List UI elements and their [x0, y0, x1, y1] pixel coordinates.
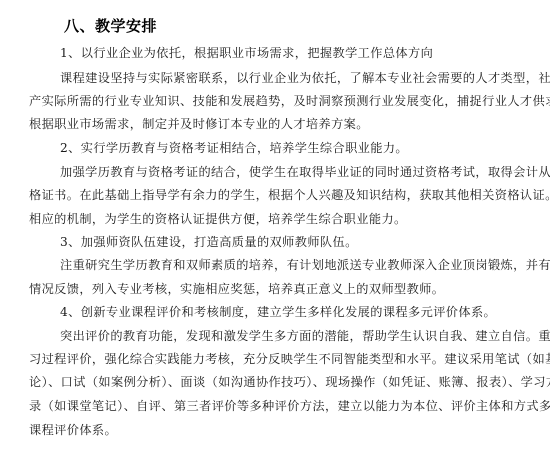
paragraph-line: 情况反馈，列入专业考核，实施相应奖惩，培养真正意义上的双师型教师。 — [29, 281, 521, 297]
paragraph-line: 论）、口试（如案例分析）、面谈（如沟通协作技巧）、现场操作（如凭证、账簿、报表）… — [29, 374, 521, 390]
subsection-title-2: 2、实行学历教育与资格考证相结合，培养学生综合职业能力。 — [60, 140, 521, 156]
subsection-title-1: 1、以行业企业为依托，根据职业市场需求，把握教学工作总体方向 — [60, 45, 521, 61]
paragraph-line: 产实际所需的行业专业知识、技能和发展趋势，及时洞察预测行业发展变化，捕捉行业人才… — [29, 93, 521, 109]
section-heading: 八、教学安排 — [64, 15, 157, 36]
paragraph-line: 课程建设坚持与实际紧密联系，以行业企业为依托，了解本专业社会需要的人才类型，社会… — [60, 70, 521, 86]
document-page: 八、教学安排 1、以行业企业为依托，根据职业市场需求，把握教学工作总体方向 课程… — [0, 0, 550, 457]
paragraph-line: 加强学历教育与资格考证的结合，使学生在取得毕业证的同时通过资格考试，取得会计从业… — [60, 164, 521, 180]
paragraph-line: 相应的机制，为学生的资格认证提供方便，培养学生综合职业能力。 — [29, 211, 521, 227]
paragraph-line: 习过程评价，强化综合实践能力考核，充分反映学生不同智能类型和水平。建议采用笔试（… — [29, 351, 521, 367]
subsection-title-3: 3、加强师资队伍建设，打造高质量的双师教师队伍。 — [60, 234, 521, 250]
subsection-title-4: 4、创新专业课程评价和考核制度，建立学生多样化发展的课程多元评价体系。 — [60, 304, 521, 320]
paragraph-line: 录（如课堂笔记）、自评、第三者评价等多种评价方法，建立以能力为本位、评价主体和方… — [29, 398, 521, 414]
paragraph-line: 课程评价体系。 — [29, 422, 521, 438]
paragraph-line: 突出评价的教育功能，发现和激发学生多方面的潜能，帮助学生认识自我、建立自信。重视… — [60, 328, 521, 344]
paragraph-line: 格证书。在此基础上指导学有余力的学生，根据个人兴趣及知识结构，获取其他相关资格认… — [29, 187, 521, 203]
paragraph-line: 根据职业市场需求，制定并及时修订本专业的人才培养方案。 — [29, 116, 521, 132]
paragraph-line: 注重研究生学历教育和双师素质的培养，有计划地派送专业教师深入企业顶岗锻炼，并有企… — [60, 257, 521, 273]
